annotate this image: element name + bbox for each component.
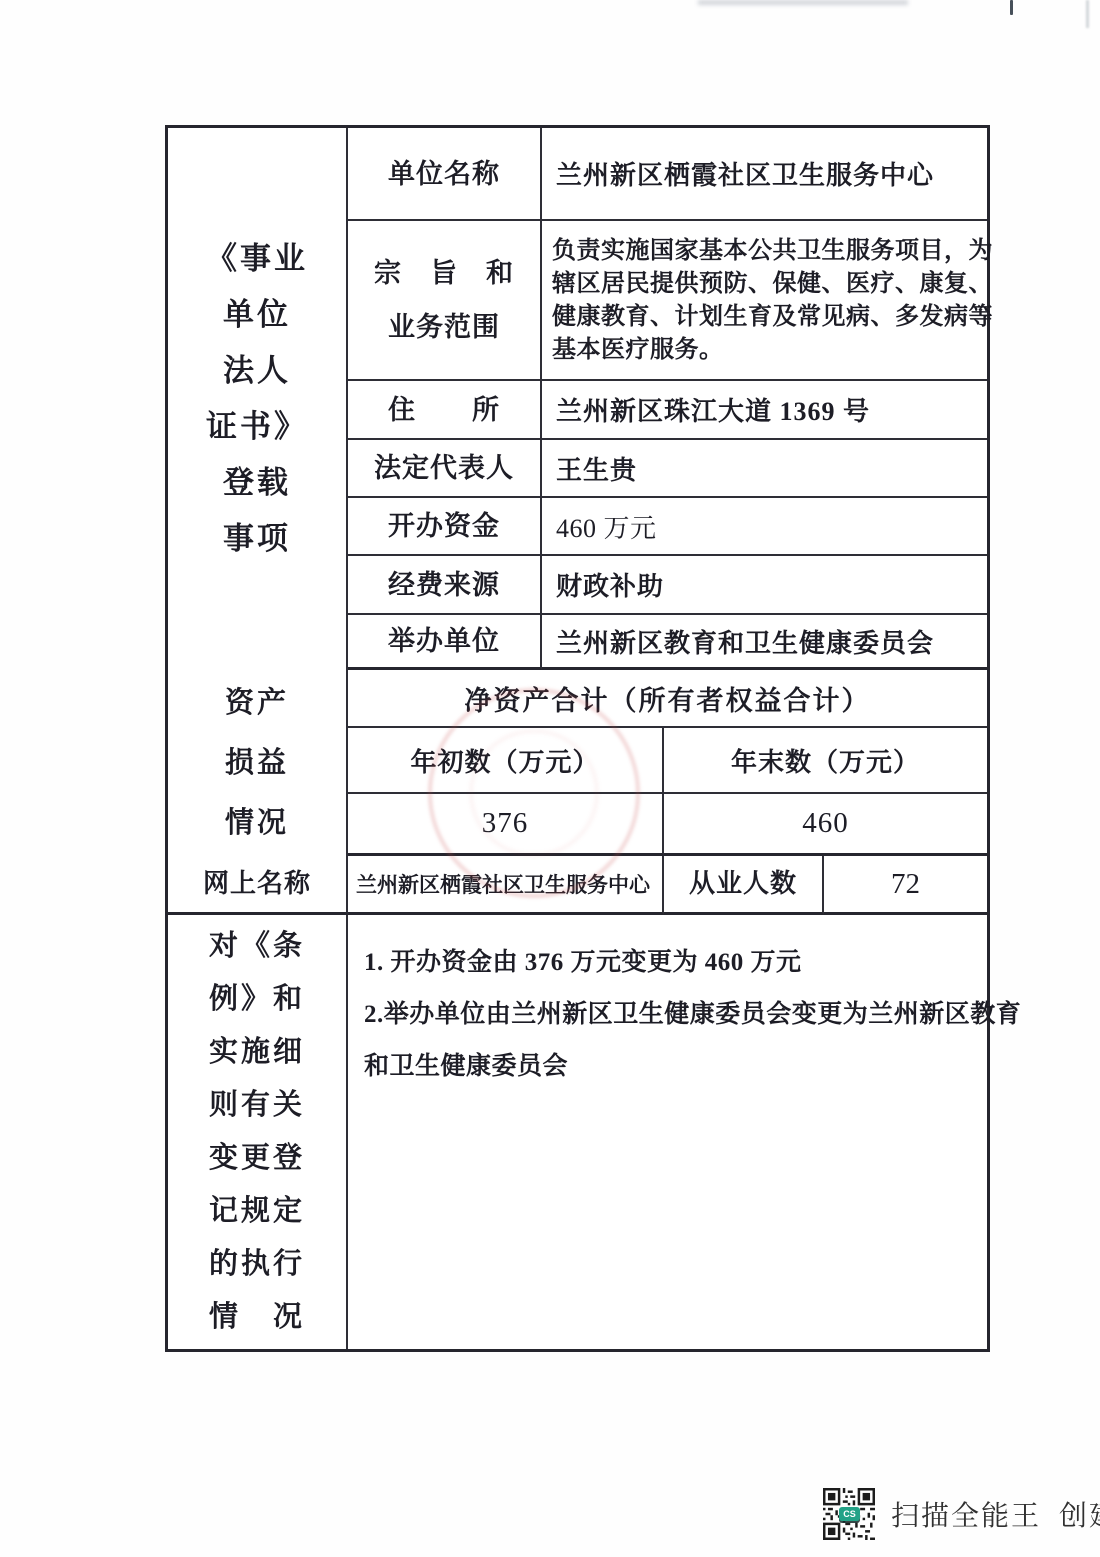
side-label-line: 法人 [223,343,291,399]
side-label-line: 单位 [223,287,291,343]
scan-artifact-smudge [698,0,908,5]
capital-value: 460 万元 [542,498,987,556]
changes-content-line: 和卫生健康委员会 [364,1041,568,1093]
changes-section-side-label: 对《条 例》和 实施细 则有关 变更登 记规定 的执行 情 况 [168,915,348,1349]
side-label-line: 则有关 [209,1079,305,1132]
side-label-line: 情况 [225,793,289,853]
camscanner-footer: CS 扫描全能王 创建 [823,1484,1100,1544]
cs-badge: CS [839,1507,860,1521]
side-label-line: 记规定 [209,1185,305,1238]
changes-content-line: 2.举办单位由兰州新区卫生健康委员会变更为兰州新区教育 [364,989,1021,1041]
year-end-value: 460 [664,794,987,856]
changes-content-line: 1. 开办资金由 376 万元变更为 460 万元 [364,937,802,989]
side-label-line: 资产 [225,673,289,733]
purpose-scope-value: 负责实施国家基本公共卫生服务项目，为 辖区居民提供预防、保健、医疗、康复、 健康… [542,221,987,381]
camscanner-label: 扫描全能王 创建 [891,1494,1100,1534]
purpose-scope-value-line: 辖区居民提供预防、保健、医疗、康复、 [552,268,993,301]
side-label-line: 实施细 [209,1026,305,1079]
scan-artifact-edge [1086,0,1089,28]
side-label-line: 登载 [223,455,291,511]
capital-label: 开办资金 [348,498,542,556]
purpose-scope-value-line: 健康教育、计划生育及常见病、多发病等 [552,301,993,334]
side-label-line: 情 况 [209,1291,305,1344]
year-end-header: 年末数（万元） [664,728,987,794]
purpose-scope-value-line: 负责实施国家基本公共卫生服务项目，为 [552,235,993,268]
changes-content: 1. 开办资金由 376 万元变更为 460 万元 2.举办单位由兰州新区卫生健… [348,915,987,1349]
side-label-line: 损益 [225,733,289,793]
address-label: 住 所 [348,381,542,440]
funding-source-value: 财政补助 [542,556,987,615]
side-label-line: 《事业 [206,231,308,287]
side-label-line: 变更登 [209,1132,305,1185]
side-label-line: 例》和 [209,973,305,1026]
online-name-value: 兰州新区栖霞社区卫生服务中心 [348,856,664,915]
purpose-scope-label: 宗 旨 和 业务范围 [348,221,542,381]
unit-name-value: 兰州新区栖霞社区卫生服务中心 [542,128,987,221]
side-label-line: 的执行 [209,1238,305,1291]
legal-rep-label: 法定代表人 [348,440,542,498]
purpose-scope-label-line2: 业务范围 [388,300,500,354]
scanned-document-page: 《事业 单位 法人 证书》 登载 事项 单位名称 兰州新区栖霞社区卫生服务中心 … [0,0,1100,1557]
funding-source-label: 经费来源 [348,556,542,615]
staff-count-value: 72 [824,856,987,915]
side-label-line: 对《条 [209,920,305,973]
assets-section-side-label: 资产 损益 情况 [168,670,348,856]
scan-artifact-tick [1010,0,1013,15]
organizer-value: 兰州新区教育和卫生健康委员会 [542,615,987,670]
address-value: 兰州新区珠江大道 1369 号 [542,381,987,440]
purpose-scope-value-line: 基本医疗服务。 [552,334,724,367]
year-start-value: 376 [348,794,664,856]
purpose-scope-label-line1: 宗 旨 和 [374,246,514,300]
registration-table: 《事业 单位 法人 证书》 登载 事项 单位名称 兰州新区栖霞社区卫生服务中心 … [165,125,990,1352]
net-assets-header: 净资产合计（所有者权益合计） [348,670,987,728]
qr-code-icon: CS [823,1488,875,1540]
side-label-line: 证书》 [206,399,308,455]
organizer-label: 举办单位 [348,615,542,670]
cert-section-side-label: 《事业 单位 法人 证书》 登载 事项 [168,128,348,670]
staff-count-label: 从业人数 [664,856,824,915]
online-name-label: 网上名称 [168,856,348,915]
year-start-header: 年初数（万元） [348,728,664,794]
legal-rep-value: 王生贵 [542,440,987,498]
unit-name-label: 单位名称 [348,128,542,221]
side-label-line: 事项 [223,511,291,567]
